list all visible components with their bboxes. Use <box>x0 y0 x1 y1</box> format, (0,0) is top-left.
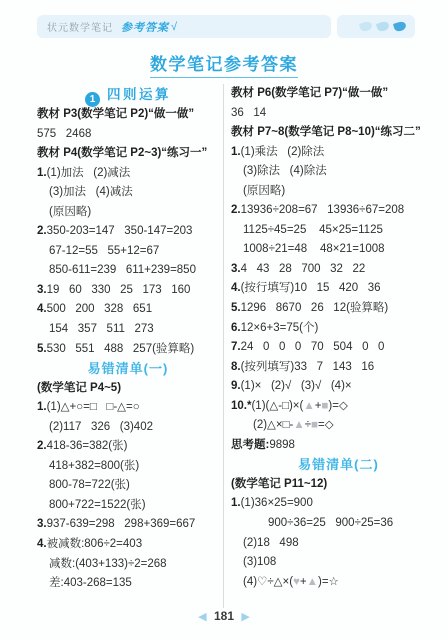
answer-line: 418+382=800(张) <box>37 457 219 477</box>
answer-line: 7.24 0 0 0 70 504 0 0 <box>231 338 446 358</box>
answer-line: 3.4 43 28 700 32 22 <box>231 260 446 280</box>
answer-number: 2. <box>37 225 47 237</box>
answer-text: 800+722=1522(张) <box>49 499 146 511</box>
next-page-icon: ▶ <box>241 611 249 623</box>
answer-text: 4 43 28 700 32 22 <box>241 263 366 275</box>
answer-line: 1008÷21=48 48×21=1008 <box>231 240 446 260</box>
answer-line: (数学笔记 P11~12) <box>231 475 446 495</box>
answer-text: (2)18 498 <box>243 537 299 549</box>
answer-text: 575 2468 <box>37 128 91 140</box>
answer-line: 5.530 551 488 257(验算略) <box>37 340 219 360</box>
answer-line: 900÷36=25 900÷25=36 <box>231 514 446 534</box>
answer-number: 2. <box>37 440 47 452</box>
answer-line: 2.418-36=382(张) <box>37 437 219 457</box>
answer-number: 3. <box>37 518 47 530</box>
brand-label: 状元数学笔记 <box>47 19 113 34</box>
answer-line: 850-611=239 611+239=850 <box>37 261 219 281</box>
answer-text: (数学笔记 P4~5) <box>37 382 121 394</box>
answer-number: 2. <box>231 204 241 216</box>
answer-book-page: 状元数学笔记 参考答案 √ 数学笔记参考答案 1四则运算教材 P3(数学笔记 P… <box>0 0 448 640</box>
answer-text: 13936÷208=67 13936÷67=208 <box>241 204 405 216</box>
answer-line: 减数:(403+133)÷2=268 <box>37 555 219 575</box>
answer-line: 3.19 60 330 25 173 160 <box>37 281 219 301</box>
answer-number: 1. <box>231 497 241 509</box>
answer-text: (3)108 <box>243 556 276 568</box>
answer-number: 7. <box>231 341 241 353</box>
answer-line: (2)18 498 <box>231 534 446 554</box>
answer-line: 5.1296 8670 26 12(验算略) <box>231 299 446 319</box>
answer-text: 1296 8670 26 12(验算略) <box>241 302 389 314</box>
answer-text: (原因略) <box>49 206 91 218</box>
answer-line: 9.(1)× (2)√ (3)√ (4)× <box>231 377 446 397</box>
answer-line: (3)加法 (4)减法 <box>37 183 219 203</box>
answer-line: 4.500 200 328 651 <box>37 300 219 320</box>
answer-line: 2.13936÷208=67 13936÷67=208 <box>231 201 446 221</box>
answer-text: 1008÷21=48 48×21=1008 <box>243 243 385 255</box>
answer-line: 教材 P7~8(数学笔记 P8~10)“练习二” <box>231 123 446 143</box>
answer-line: 3.937-639=298 298+369=667 <box>37 515 219 535</box>
answer-line: 1.(1)乘法 (2)除法 <box>231 143 446 163</box>
answer-text: 900÷36=25 900÷25=36 <box>268 517 393 529</box>
answer-line: 差:403-268=135 <box>37 574 219 594</box>
answers-content: 1四则运算教材 P3(数学笔记 P2)“做一做”575 2468教材 P4(数学… <box>0 84 448 608</box>
answer-text: (1)△+○=□ □-△=○ <box>47 401 140 413</box>
header-leaf-box <box>337 15 415 38</box>
answer-line: 4.(按行填写)10 15 420 36 <box>231 279 446 299</box>
answer-text: (原因略) <box>243 185 285 197</box>
answer-text: 被减数:806÷2=403 <box>47 538 143 550</box>
answer-text: (2)△×□-▲÷■=◇ <box>253 419 334 431</box>
answer-number: 5. <box>231 302 241 314</box>
answer-text: 24 0 0 0 70 504 0 0 <box>241 341 385 353</box>
answer-text: (3)除法 (4)除法 <box>243 165 327 177</box>
answer-number: 思考题: <box>231 439 269 451</box>
answer-text: 教材 P3(数学笔记 P2)“做一做” <box>37 108 194 120</box>
answer-line: 575 2468 <box>37 125 219 145</box>
answer-number: 4. <box>37 538 47 550</box>
leaf-icon <box>359 20 373 32</box>
answer-text: 19 60 330 25 173 160 <box>47 284 191 296</box>
answer-text: (3)加法 (4)减法 <box>49 186 133 198</box>
answer-line: 1.(1)36×25=900 <box>231 494 446 514</box>
answer-line: 4.被减数:806÷2=403 <box>37 535 219 555</box>
answer-line: (3)除法 (4)除法 <box>231 162 446 182</box>
answer-line: 6.12×6+3=75(个) <box>231 319 446 339</box>
answer-line: (2)△×□-▲÷■=◇ <box>231 416 446 436</box>
answer-text: (1)× (2)√ (3)√ (4)× <box>241 380 352 392</box>
title-wrap: 数学笔记参考答案 <box>0 50 448 78</box>
answer-text: 12×6+3=75(个) <box>241 322 319 334</box>
leaf-icon <box>393 20 407 32</box>
page-number: 181 <box>214 609 234 623</box>
answer-number: 10.* <box>231 400 251 412</box>
answer-text: 1125÷45=25 45×25=1125 <box>243 224 383 236</box>
answer-text: (1)乘法 (2)除法 <box>241 146 325 158</box>
answer-number: 1. <box>37 167 47 179</box>
answer-line: (3)108 <box>231 553 446 573</box>
answer-text: 418-36=382(张) <box>47 440 128 452</box>
answer-text: 9898 <box>269 439 295 451</box>
answer-text: 教材 P6(数学笔记 P7)“做一做” <box>231 87 388 99</box>
section-header: 易错清单(二) <box>231 455 446 475</box>
answer-text: (1)(△-□)×(▲+■)=◇ <box>251 400 347 412</box>
section-header: 易错清单(一) <box>37 359 219 379</box>
answer-text: 350-203=147 350-147=203 <box>47 225 193 237</box>
chapter-header: 1四则运算 <box>37 84 219 105</box>
answer-line: 800+722=1522(张) <box>37 496 219 516</box>
answer-line: 教材 P4(数学笔记 P2~3)“练习一” <box>37 144 219 164</box>
answer-number: 3. <box>231 263 241 275</box>
answer-line: 1.(1)加法 (2)减法 <box>37 164 219 184</box>
checkmark-icon: √ <box>171 21 177 33</box>
answer-text: 易错清单(一) <box>88 361 169 376</box>
page-header: 状元数学笔记 参考答案 √ <box>37 15 415 38</box>
answer-line: 8.(按列填写)33 7 143 16 <box>231 358 446 378</box>
answer-line: 36 14 <box>231 104 446 124</box>
answer-number: 1. <box>231 146 241 158</box>
answer-number: 4. <box>37 303 47 315</box>
answer-text: 差:403-268=135 <box>49 577 132 589</box>
answer-line: 800-78=722(张) <box>37 476 219 496</box>
answer-text: 530 551 488 257(验算略) <box>47 343 195 355</box>
left-column: 1四则运算教材 P3(数学笔记 P2)“做一做”575 2468教材 P4(数学… <box>0 84 224 608</box>
answer-text: 418+382=800(张) <box>49 460 139 472</box>
answer-text: 937-639=298 298+369=667 <box>47 518 196 530</box>
answer-text: (数学笔记 P11~12) <box>231 478 327 490</box>
answer-line: 67-12=55 55+12=67 <box>37 242 219 262</box>
answer-text: 800-78=722(张) <box>49 479 130 491</box>
answer-text: 减数:(403+133)÷2=268 <box>49 558 167 570</box>
page-footer: ◀ 181 ▶ <box>0 609 448 623</box>
answer-line: 2.350-203=147 350-147=203 <box>37 222 219 242</box>
answer-text: 67-12=55 55+12=67 <box>49 245 159 257</box>
answer-number: 3. <box>37 284 47 296</box>
answer-number: 6. <box>231 322 241 334</box>
answer-text: 36 14 <box>231 107 266 119</box>
header-title-bar: 状元数学笔记 参考答案 √ <box>37 15 331 38</box>
answer-line: (4)♡÷△×(♥+▲)=☆ <box>231 573 446 593</box>
answer-line: 思考题:9898 <box>231 436 446 456</box>
answer-line: (2)117 326 (3)402 <box>37 418 219 438</box>
answer-line: 教材 P3(数学笔记 P2)“做一做” <box>37 105 219 125</box>
answer-text: (按行填写)10 15 420 36 <box>241 282 381 294</box>
answer-text: 500 200 328 651 <box>47 303 153 315</box>
answer-text: (4)♡÷△×(♥+▲)=☆ <box>243 576 339 588</box>
answer-text: 教材 P7~8(数学笔记 P8~10)“练习二” <box>231 126 421 138</box>
answer-text: 154 357 511 273 <box>49 323 154 335</box>
answer-line: (数学笔记 P4~5) <box>37 379 219 399</box>
answer-text: 教材 P4(数学笔记 P2~3)“练习一” <box>37 147 207 159</box>
page-title: 数学笔记参考答案 <box>150 50 298 78</box>
answer-number: 4. <box>231 282 241 294</box>
answer-text: 850-611=239 611+239=850 <box>49 264 196 276</box>
answer-text: (1)36×25=900 <box>241 497 313 509</box>
answer-line: 10.*(1)(△-□)×(▲+■)=◇ <box>231 397 446 417</box>
answer-number: 9. <box>231 380 241 392</box>
answer-line: 教材 P6(数学笔记 P7)“做一做” <box>231 84 446 104</box>
answer-text: (按列填写)33 7 143 16 <box>241 361 375 373</box>
answer-text: 易错清单(二) <box>298 457 379 472</box>
answers-label: 参考答案 <box>121 19 169 35</box>
answer-number: 8. <box>231 361 241 373</box>
answer-line: 1.(1)△+○=□ □-△=○ <box>37 398 219 418</box>
answer-line: 1125÷45=25 45×25=1125 <box>231 221 446 241</box>
answer-line: (原因略) <box>37 203 219 223</box>
answer-line: 154 357 511 273 <box>37 320 219 340</box>
chapter-title: 四则运算 <box>107 87 171 102</box>
answer-number: 5. <box>37 343 47 355</box>
prev-page-icon: ◀ <box>198 611 206 623</box>
answer-line: (原因略) <box>231 182 446 202</box>
answer-number: 1. <box>37 401 47 413</box>
leaf-icon <box>376 20 390 32</box>
answer-text: (2)117 326 (3)402 <box>49 421 153 433</box>
right-column: 教材 P6(数学笔记 P7)“做一做”36 14教材 P7~8(数学笔记 P8~… <box>224 84 448 608</box>
answer-text: (1)加法 (2)减法 <box>47 167 131 179</box>
